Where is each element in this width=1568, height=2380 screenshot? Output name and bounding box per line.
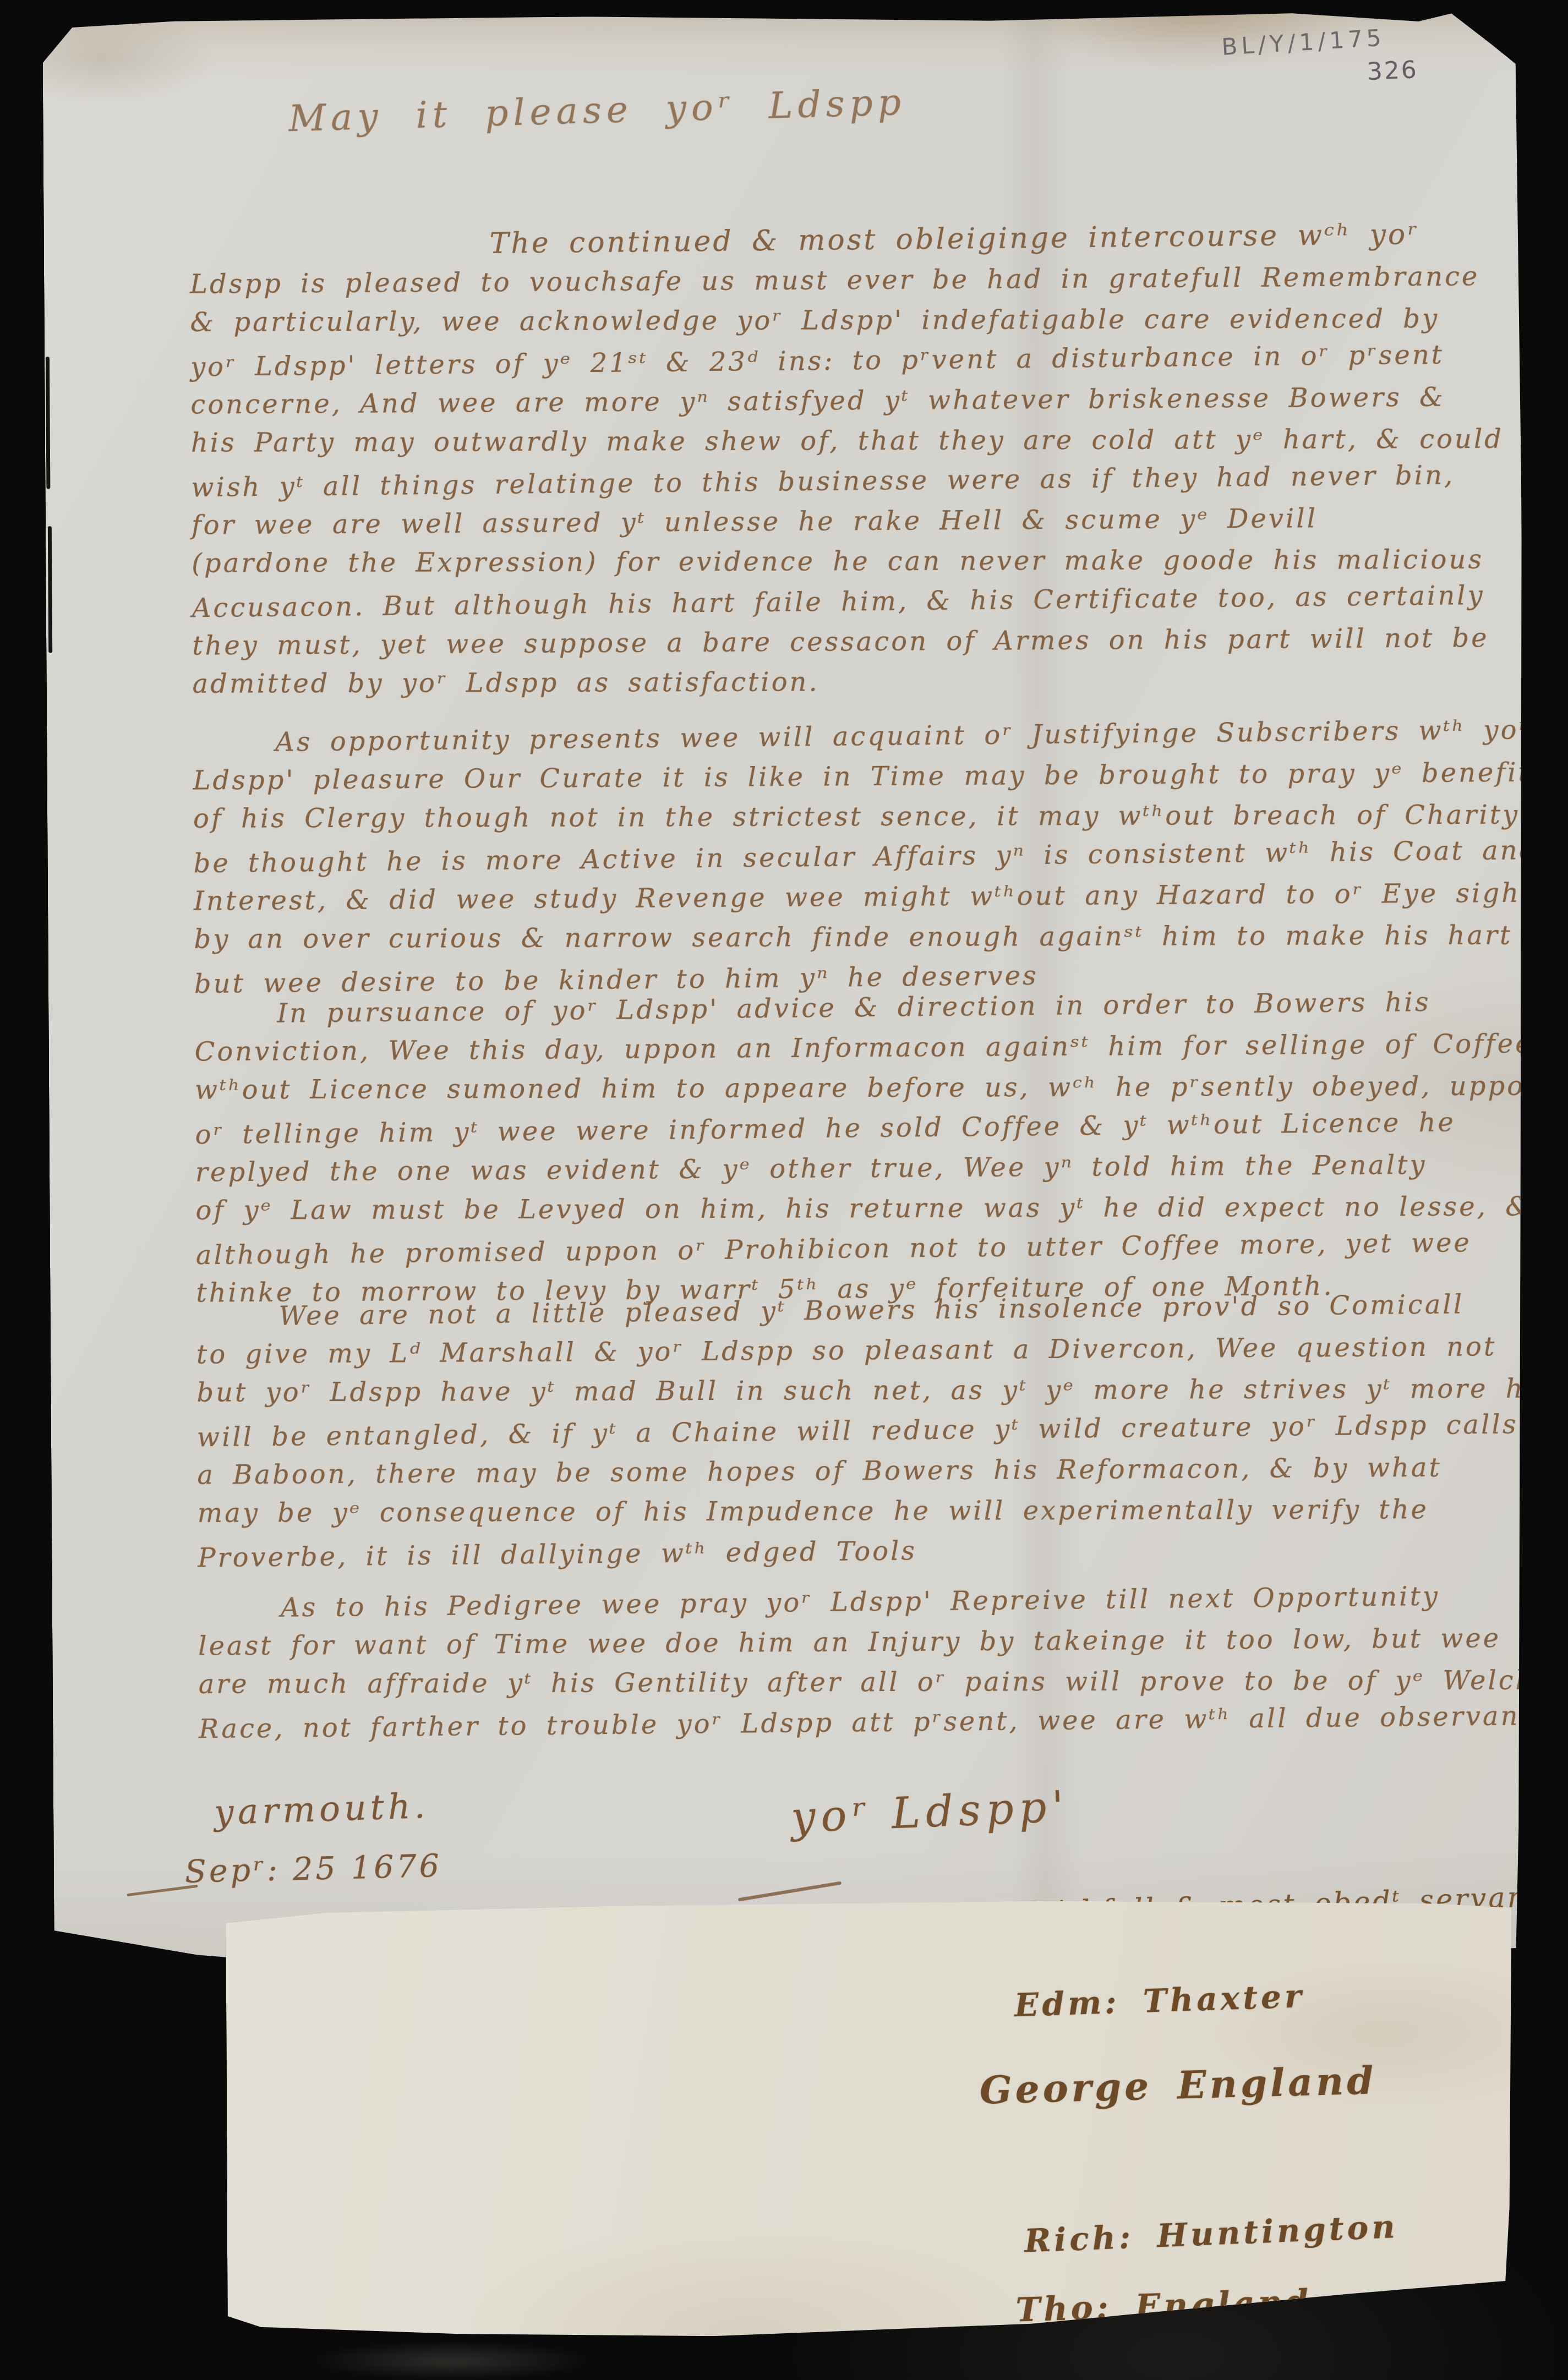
archival-reference: BL/Y/1/175 bbox=[1221, 24, 1386, 61]
photograph-background: BL/Y/1/175 326 May it please yoʳ Ldspp T… bbox=[0, 0, 1568, 2380]
background-smudge bbox=[308, 2341, 594, 2380]
dateline-date: Sepʳ: 25 1676 bbox=[184, 1848, 442, 1890]
signature-edm-thaxter: Edm: Thaxter bbox=[1014, 1977, 1305, 2024]
paragraph-2: As opportunity presents wee will acquain… bbox=[193, 713, 1540, 1002]
binding-edge-mark bbox=[48, 526, 52, 653]
folio-number: 326 bbox=[1367, 56, 1419, 86]
signature-george-england: George England bbox=[979, 2058, 1378, 2113]
paragraph-3: In pursuance of yoʳ Ldspp' advice & dire… bbox=[194, 984, 1542, 1314]
signature-sheet: Edm: Thaxter George England Rich: Huntin… bbox=[226, 1899, 1514, 2350]
signature-tho-england: Tho: England bbox=[1015, 2283, 1313, 2329]
manuscript-sheet: BL/Y/1/175 326 May it please yoʳ Ldspp T… bbox=[42, 11, 1531, 1973]
signature-rich-huntington: Rich: Huntington bbox=[1024, 2208, 1399, 2260]
closing-addressee: yoʳ Ldspp' bbox=[790, 1782, 1070, 1843]
paragraph-1: The continued & most obleiginge intercou… bbox=[189, 216, 1538, 707]
binding-edge-mark bbox=[46, 357, 50, 489]
paragraph-4: Wee are not a little pleased yᵗ Bowers h… bbox=[196, 1287, 1543, 1576]
dateline-place: yarmouth. bbox=[214, 1786, 430, 1833]
manuscript-line: admitted by yoʳ Ldspp as satisfaction. bbox=[192, 660, 1538, 704]
salutation: May it please yoʳ Ldspp bbox=[288, 81, 906, 140]
flourish-stroke bbox=[738, 1881, 842, 1902]
paragraph-5: As to his Pedigree wee pray yoʳ Ldspp' R… bbox=[198, 1578, 1545, 1747]
